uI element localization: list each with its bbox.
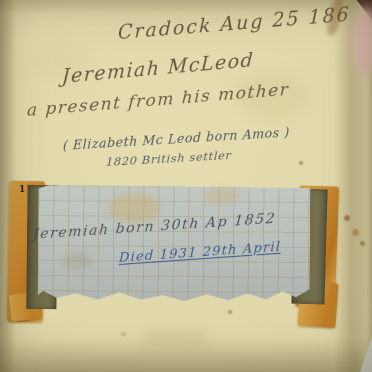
photo-vignette <box>0 0 372 372</box>
photo-of-book-page: Cradock Aug 25 186 Jeremiah McLeod a pre… <box>0 0 372 372</box>
